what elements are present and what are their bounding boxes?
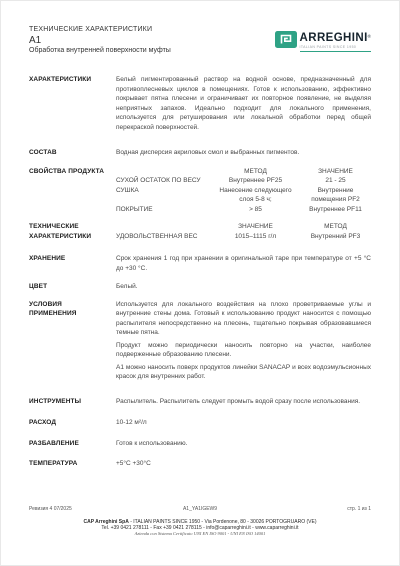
table-row-name: УДОВОЛЬСТВЕННАЯ ВЕС	[116, 232, 211, 242]
section-label: УСЛОВИЯ ПРИМЕНЕНИЯ	[29, 300, 116, 319]
column-header-value: ЗНАЧЕНИЕ	[213, 222, 298, 232]
column-header-method: МЕТОД	[213, 167, 298, 177]
table-row-name: СУШКА	[116, 186, 211, 205]
header-titles: ТЕХНИЧЕСКИЕ ХАРАКТЕРИСТИКИ A1 Обработка …	[29, 26, 171, 54]
table-row-name: ПОКРЫТИЕ	[116, 205, 211, 215]
registered-trademark-icon: ®	[368, 34, 371, 39]
section-text: Водная дисперсия акриловых смол и выбран…	[116, 148, 371, 158]
product-properties-table: МЕТОД ЗНАЧЕНИЕ СУХОЙ ОСТАТОК ПО ВЕСУ Вну…	[116, 167, 371, 215]
section-label: СОСТАВ	[29, 148, 116, 158]
column-header-method: МЕТОД	[300, 222, 371, 232]
table-cell-value: 21 - 25	[300, 176, 371, 186]
section-text: Срок хранения 1 год при хранении в ориги…	[116, 254, 371, 273]
section-characteristics: ХАРАКТЕРИСТИКИ Белый пигментированный ра…	[29, 75, 371, 132]
technical-table: ЗНАЧЕНИЕ МЕТОД УДОВОЛЬСТВЕННАЯ ВЕС 1015–…	[116, 222, 371, 241]
section-label: ЦВЕТ	[29, 282, 116, 292]
revision-label: Ревизия 4 07/2025	[29, 506, 130, 513]
section-label: РАСХОД	[29, 418, 116, 428]
product-subtitle: Обработка внутренней поверхности муфты	[29, 47, 171, 54]
logo-text-block: ARREGHINI® ITALIAN PAINTS SINCE 1950	[300, 31, 371, 52]
section-label: ТЕМПЕРАТУРА	[29, 459, 116, 469]
table-cell-value: 1015–1115 г/л	[213, 232, 298, 242]
section-dilution: РАЗБАВЛЕНИЕ Готов к использованию.	[29, 439, 371, 449]
table-cell-method: Нанесение следующего слоя 5-8 ч;	[213, 186, 298, 205]
section-label: ТЕХНИЧЕСКИЕ ХАРАКТЕРИСТИКИ	[29, 222, 116, 241]
section-paragraphs: Используется для локального воздействия …	[116, 300, 371, 382]
properties-grid: МЕТОД ЗНАЧЕНИЕ СУХОЙ ОСТАТОК ПО ВЕСУ Вну…	[116, 167, 371, 215]
document-id: A1_YA1IGEW9	[130, 506, 271, 513]
paragraph: A1 можно наносить поверх продуктов линей…	[116, 363, 371, 382]
section-text: Готов к использованию.	[116, 439, 371, 449]
table-cell-method: Внутреннее PF25	[213, 176, 298, 186]
product-code: A1	[29, 35, 171, 46]
table-cell-value: Внутренние помещения PF2	[300, 186, 371, 205]
section-label: СВОЙСТВА ПРОДУКТА	[29, 167, 116, 177]
datasheet-page: ТЕХНИЧЕСКИЕ ХАРАКТЕРИСТИКИ A1 Обработка …	[0, 0, 400, 566]
section-application-conditions: УСЛОВИЯ ПРИМЕНЕНИЯ Используется для лока…	[29, 300, 371, 382]
section-product-properties: СВОЙСТВА ПРОДУКТА МЕТОД ЗНАЧЕНИЕ СУХОЙ О…	[29, 167, 371, 215]
section-composition: СОСТАВ Водная дисперсия акриловых смол и…	[29, 148, 371, 158]
company-info: CAP Arreghini SpA - ITALIAN PAINTS SINCE…	[29, 519, 371, 537]
table-cell-method: Внутренний PF3	[300, 232, 371, 242]
section-tools: ИНСТРУМЕНТЫ Распылитель. Распылитель сле…	[29, 397, 371, 407]
section-storage: ХРАНЕНИЕ Срок хранения 1 год при хранени…	[29, 254, 371, 273]
paragraph: Продукт можно периодически наносить повт…	[116, 341, 371, 360]
section-consumption: РАСХОД 10-12 м²/л	[29, 418, 371, 428]
table-cell-value: Внутреннее PF11	[300, 205, 371, 215]
cap-monogram-icon	[275, 31, 297, 53]
company-certification-line: Azienda con Sistema Certificato UNI EN I…	[29, 531, 371, 537]
section-text: Белый пигментированный раствор на водной…	[116, 75, 371, 132]
arreghini-logo: ARREGHINI® ITALIAN PAINTS SINCE 1950	[275, 31, 371, 53]
section-color: ЦВЕТ Белый.	[29, 282, 371, 292]
section-text: +5°C +30°C	[116, 459, 371, 469]
footer: Ревизия 4 07/2025 A1_YA1IGEW9 стр. 1 из …	[29, 506, 371, 537]
section-label: ИНСТРУМЕНТЫ	[29, 397, 116, 407]
brand-line: ARREGHINI®	[300, 31, 371, 44]
header: ТЕХНИЧЕСКИЕ ХАРАКТЕРИСТИКИ A1 Обработка …	[29, 26, 371, 54]
table-corner-cell	[116, 222, 211, 232]
footer-meta-row: Ревизия 4 07/2025 A1_YA1IGEW9 стр. 1 из …	[29, 506, 371, 513]
doc-type-title: ТЕХНИЧЕСКИЕ ХАРАКТЕРИСТИКИ	[29, 26, 171, 33]
paragraph: Используется для локального воздействия …	[116, 300, 371, 338]
table-cell-method: > 85	[213, 205, 298, 215]
column-header-value: ЗНАЧЕНИЕ	[300, 167, 371, 177]
section-label: ХРАНЕНИЕ	[29, 254, 116, 264]
section-text: 10-12 м²/л	[116, 418, 371, 428]
table-corner-cell	[116, 167, 211, 177]
brand-name: ARREGHINI	[300, 32, 368, 44]
technical-grid: ЗНАЧЕНИЕ МЕТОД УДОВОЛЬСТВЕННАЯ ВЕС 1015–…	[116, 222, 371, 241]
section-text: Распылитель. Распылитель следует промыть…	[116, 397, 371, 407]
section-label: ХАРАКТЕРИСТИКИ	[29, 75, 116, 85]
section-technical-characteristics: ТЕХНИЧЕСКИЕ ХАРАКТЕРИСТИКИ ЗНАЧЕНИЕ МЕТО…	[29, 222, 371, 241]
section-label: РАЗБАВЛЕНИЕ	[29, 439, 116, 449]
page-number: стр. 1 из 1	[270, 506, 371, 513]
section-temperature: ТЕМПЕРАТУРА +5°C +30°C	[29, 459, 371, 469]
brand-tagline: ITALIAN PAINTS SINCE 1950	[300, 45, 371, 52]
table-row-name: СУХОЙ ОСТАТОК ПО ВЕСУ	[116, 176, 211, 186]
section-text: Белый.	[116, 282, 371, 292]
